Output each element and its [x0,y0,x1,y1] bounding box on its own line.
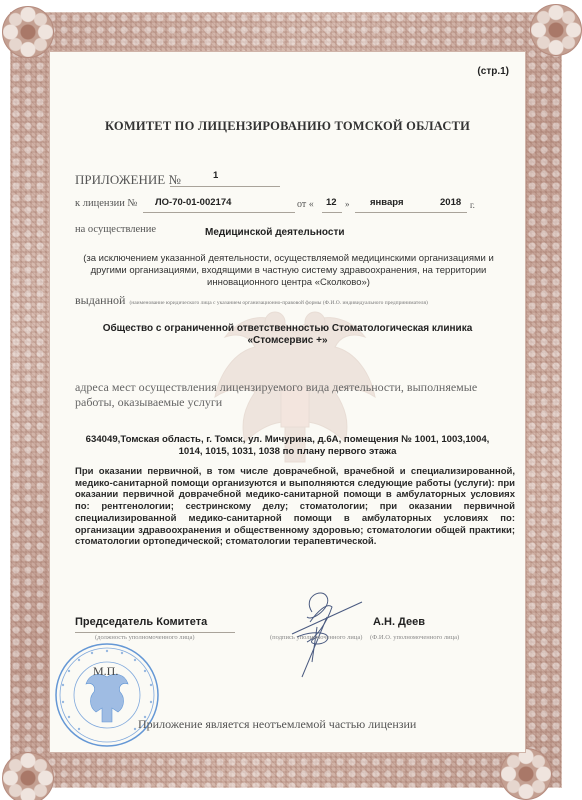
role-underline [75,632,235,633]
license-label: к лицензии № [75,198,138,209]
organization-line-2: «Стомсервис +» [50,335,525,347]
official-seal-icon [54,642,160,748]
caption-signature: (подпись уполномоченного лица) [270,634,362,641]
license-underline [143,212,295,213]
license-number: ЛО-70-01-002174 [155,197,231,208]
date-suffix: г. [470,200,475,210]
issued-hint: (наименование юридического лица с указан… [129,300,427,306]
caption-role: (должность уполномоченного лица) [95,634,195,641]
corner-rosette-icon [2,752,54,800]
signatory-role: Председатель Комитета [75,616,207,628]
issued-to-block: выданной (наименование юридического лица… [75,294,515,309]
activity: Медицинской деятельности [205,227,345,238]
activity-label: на осуществление [75,224,156,235]
date-month: января [370,197,404,208]
date-year: 2018 [440,197,461,208]
corner-rosette-icon [530,4,582,56]
day-underline [322,212,342,213]
date-prefix: от « [297,199,314,210]
issuer-title: КОМИТЕТ ПО ЛИЦЕНЗИРОВАНИЮ ТОМСКОЙ ОБЛАСТ… [50,119,525,134]
page-number: (стр.1) [477,66,509,77]
corner-rosette-icon [2,6,54,58]
date-day: 12 [326,197,337,208]
address-label: адреса мест осуществления лицензируемого… [75,380,515,410]
document-page: (стр.1) КОМИТЕТ ПО ЛИЦЕНЗИРОВАНИЮ ТОМСКО… [50,52,525,752]
appendix-underline [170,186,280,187]
corner-rosette-icon [500,748,552,800]
appendix-number: 1 [213,170,218,181]
appendix-label: ПРИЛОЖЕНИЕ № [75,172,181,188]
address-line-2: 1014, 1015, 1031, 1038 по плану первого … [50,446,525,458]
seal-label: М.П. [93,664,118,679]
month-year-underline [355,212,467,213]
signatory-name: А.Н. Деев [373,616,425,628]
caption-name: (Ф.И.О. уполномоченного лица) [370,634,459,641]
organization-line-1: Общество с ограниченной ответственностью… [50,323,525,335]
services-description: При оказании первичной, в том числе довр… [75,466,515,548]
handwritten-signature [272,582,367,682]
address-line-1: 634049,Томская область, г. Томск, ул. Ми… [50,434,525,446]
issued-label: выданной [75,293,125,307]
footer-note: Приложение является неотъемлемой частью … [138,717,416,732]
activity-note: (за исключением указанной деятельности, … [66,253,511,289]
date-close: » [345,199,350,209]
